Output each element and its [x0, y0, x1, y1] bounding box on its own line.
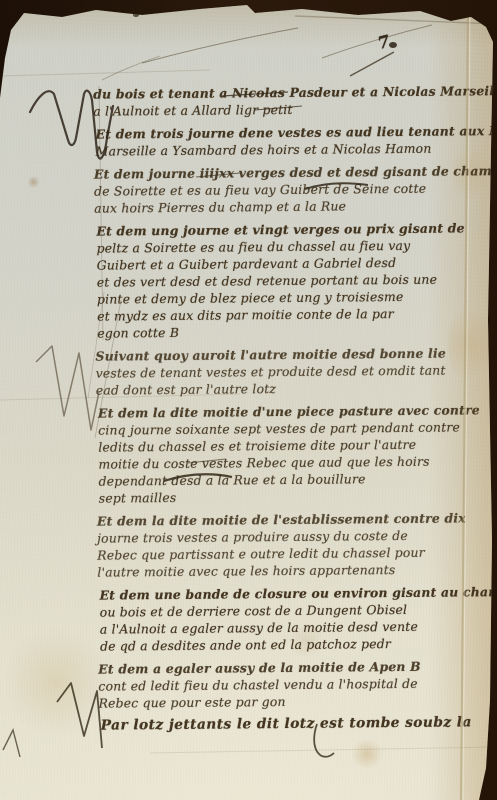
- text-line: Marseille a Ysambard des hoirs et a Nico…: [96, 139, 464, 159]
- folio-flourish: [350, 52, 394, 76]
- folio-number: 7: [376, 32, 392, 54]
- crease-horizontal: [150, 747, 497, 753]
- stain-bottom-left: [6, 622, 106, 742]
- text-line: egon cotte B: [97, 321, 465, 341]
- paragraph: Suivant quoy auroit l'autre moitie desd …: [95, 344, 465, 398]
- text-line: Et dem la dite moitie de l'establissemen…: [97, 509, 467, 529]
- text-line: sept mailles: [99, 486, 467, 506]
- text-line: de qd a desdites ande ont ed la patchoz …: [100, 634, 468, 654]
- text-line: et des vert desd et desd retenue portant…: [97, 270, 465, 290]
- text-line: cont ed ledit fieu du chastel vendu a l'…: [98, 674, 468, 694]
- paragraph: Et dem la dite moitie de l'establissemen…: [97, 509, 468, 580]
- stain-bottom: [350, 740, 384, 768]
- pen-trial-stroke: [142, 28, 298, 63]
- paragraph: Et dem la dite moitie d'une piece pastur…: [98, 401, 467, 506]
- text-line: vestes de tenant vestes et produite desd…: [96, 361, 466, 381]
- text-line: Rebec que pour este par gon: [98, 691, 468, 711]
- text-line: a l'Aulnoit et a Allard ligr petit: [93, 99, 463, 119]
- pen-trial-stroke: [102, 56, 160, 80]
- pen-flourish-edge: [3, 730, 20, 757]
- crease-horizontal: [0, 70, 210, 76]
- text-line: aux hoirs Pierres du champ et a la Rue: [94, 196, 464, 216]
- pen-flourish-mid-left: [36, 346, 99, 430]
- text-line: peltz a Soirette es au fieu du chassel a…: [96, 236, 464, 256]
- text-line: a l'Aulnoit a egaler aussy de la moitie …: [100, 617, 468, 637]
- paragraph: Et dem trois journe dene vestes es aud l…: [95, 122, 463, 159]
- paragraph: Et dem journe iiijxx verges desd et desd…: [94, 162, 464, 216]
- text-line: du bois et tenant a Nicolas Pasdeur et a…: [93, 82, 463, 102]
- text-line: moitie du coste vestes Rebec que aud que…: [98, 452, 466, 472]
- stain-spot: [27, 176, 40, 188]
- paragraph: du bois et tenant a Nicolas Pasdeur et a…: [93, 82, 463, 119]
- paragraph: Et dem une bande de closure ou environ g…: [100, 583, 469, 654]
- text-line: ead dont est par l'autre lotz: [96, 378, 466, 398]
- text-line: Et dem une bande de closure ou environ g…: [100, 583, 468, 603]
- text-line: Rebec que partissant e outre ledit du ch…: [97, 543, 467, 563]
- text-line: Par lotz jettants le dit lotz est tombe …: [101, 714, 469, 734]
- paragraph: Et dem ung journe et vingt verges ou pri…: [96, 219, 465, 341]
- closing-line: Par lotz jettants le dit lotz est tombe …: [101, 714, 469, 734]
- text-line: de Soirette et es au fieu vay Guibert de…: [94, 179, 464, 199]
- manuscript-page: 7 du bois et tenant a Nicolas Pasdeur et…: [0, 0, 497, 800]
- paragraph: Et dem a egaler aussy de la moitie de Ap…: [98, 657, 468, 711]
- text-line: l'autre moitie avec que les hoirs appart…: [97, 560, 467, 580]
- pen-flourish-bottom-left: [57, 683, 102, 748]
- manuscript-text: du bois et tenant a Nicolas Pasdeur et a…: [93, 82, 469, 740]
